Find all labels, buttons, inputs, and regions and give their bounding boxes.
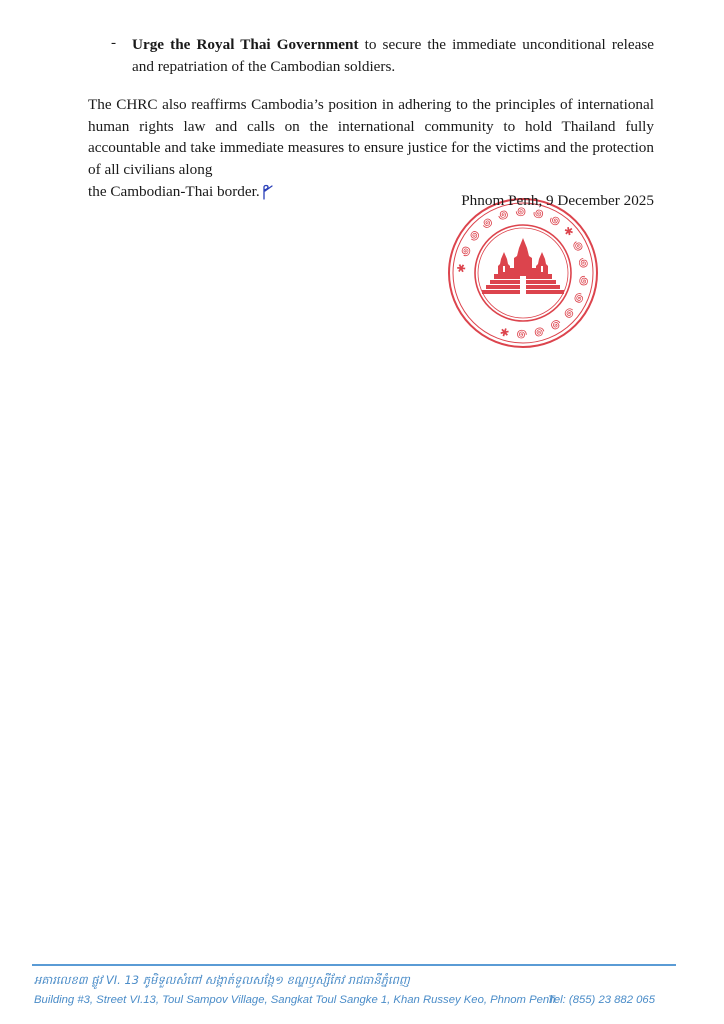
official-seal-icon: ✱ ꩜ ꩜ ꩜ ꩜ ꩜ ꩜ ꩜ ✱ ꩜ ꩜ ꩜ ꩜ ꩜ ꩜ ꩜ ꩜ ✱ <box>446 196 600 350</box>
footer-address-english: Building #3, Street VI.13, Toul Sampov V… <box>34 994 555 1006</box>
footer-telephone: Tel: (855) 23 882 065 <box>548 994 655 1006</box>
bullet-item: Urge the Royal Thai Government to secure… <box>132 34 654 78</box>
closing-paragraph: The CHRC also reaffirms Cambodia’s posit… <box>88 94 654 203</box>
document-page: - Urge the Royal Thai Government to secu… <box>0 0 724 1024</box>
handwritten-initial-icon <box>261 184 273 200</box>
place-date: Phnom Penh, 9 December 2025 <box>461 192 654 210</box>
bullet-bold-lead: Urge the Royal Thai Government <box>132 36 359 53</box>
bullet-marker: - <box>111 34 116 52</box>
paragraph-main: The CHRC also reaffirms Cambodia’s posit… <box>88 94 654 181</box>
footer-address-khmer: អគារលេខ៣ ផ្លូវ VI. 13 ភូមិទួលសំពៅ សង្កាត… <box>34 973 410 990</box>
footer-divider <box>32 964 676 966</box>
